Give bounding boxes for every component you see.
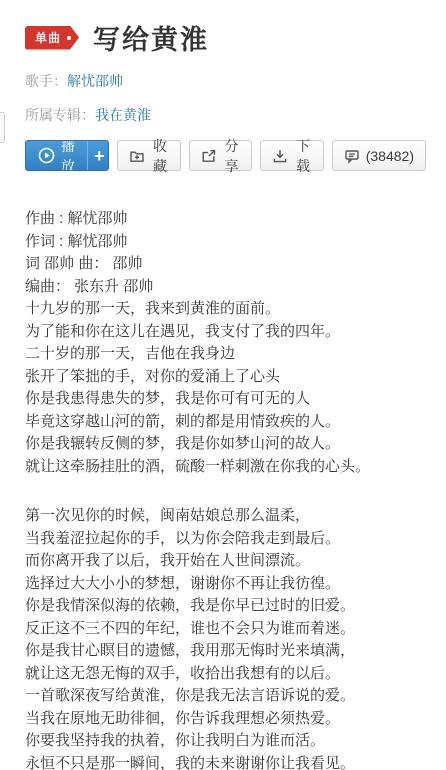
- play-button-group: 播放 +: [25, 140, 109, 171]
- lyric-line: 永恒不只是那一瞬间，我的未来谢谢你让我看见。: [25, 753, 426, 770]
- lyric-line: 第一次见你的时候，闽南姑娘总那么温柔，: [25, 505, 426, 528]
- play-button[interactable]: 播放: [26, 141, 87, 170]
- lyric-line: 就让这无怨无悔的双手，收拾出我想有的以后。: [25, 663, 426, 686]
- share-button[interactable]: 分享: [189, 140, 253, 171]
- favorite-button[interactable]: 收藏: [117, 140, 181, 171]
- artist-row: 歌手：解忧邵帅: [25, 71, 426, 91]
- lyric-line: 反正这不三不四的年纪，谁也不会只为谁而着迷。: [25, 618, 426, 641]
- lyric-line: 选择过大大小小的梦想，谢谢你不再让我彷徨。: [25, 573, 426, 596]
- lyric-line: 二十岁的那一天，吉他在我身边: [25, 343, 426, 366]
- lyric-line: 一首歌深夜写给黄淮，你是我无法言语诉说的爱。: [25, 685, 426, 708]
- speech-bubble-icon: [344, 148, 360, 164]
- lyric-line: 十九岁的那一天，我来到黄淮的面前。: [25, 298, 426, 321]
- lyric-line: 你是我患得患失的梦，我是你可有可无的人: [25, 388, 426, 411]
- single-badge: 单曲: [25, 26, 79, 50]
- lyric-line: 当我羞涩拉起你的手，以为你会陪我走到最后。: [25, 528, 426, 551]
- lyric-line: 张开了笨拙的手，对你的爱涌上了心头: [25, 366, 426, 389]
- artist-label: 歌手：: [25, 73, 67, 89]
- single-badge-label: 单曲: [35, 31, 61, 45]
- lyric-line: 词 邵帅 曲： 邵帅: [25, 253, 426, 276]
- action-toolbar: 播放 + 收藏 分享: [25, 140, 426, 171]
- cropped-button-edge: [0, 112, 5, 143]
- download-button-label: 下载: [294, 136, 312, 176]
- lyric-line: 编曲： 张东升 邵帅: [25, 276, 426, 299]
- lyric-line: 你是我甘心瞑目的遗憾，我用那无悔时光来填满，: [25, 640, 426, 663]
- lyric-line: [25, 478, 426, 505]
- add-to-playlist-button[interactable]: +: [87, 141, 109, 170]
- lyric-line: 你是我辗转反侧的梦，我是你如梦山河的故人。: [25, 433, 426, 456]
- lyric-line: 作曲 : 解忧邵帅: [25, 208, 426, 231]
- download-tray-icon: [272, 148, 288, 164]
- song-header: 单曲 写给黄淮: [25, 18, 426, 57]
- lyric-line: 作词 : 解忧邵帅: [25, 231, 426, 254]
- favorite-button-label: 收藏: [151, 136, 169, 176]
- badge-dot: [67, 36, 71, 40]
- play-button-label: 播放: [61, 140, 75, 171]
- download-button[interactable]: 下载: [260, 140, 324, 171]
- song-page: 单曲 写给黄淮 歌手：解忧邵帅 所属专辑：我在黄淮 播放 +: [0, 0, 446, 770]
- share-arrow-icon: [201, 148, 217, 164]
- lyric-line: 当我在原地无助徘徊，你告诉我理想必须热爱。: [25, 708, 426, 731]
- album-label: 所属专辑：: [25, 107, 95, 123]
- lyric-line: 你要我坚持我的执着，你让我明白为谁而活。: [25, 730, 426, 753]
- lyric-line: 为了能和你在这儿在遇见，我支付了我的四年。: [25, 321, 426, 344]
- artist-link[interactable]: 解忧邵帅: [67, 73, 123, 89]
- play-circle-icon: [38, 147, 55, 164]
- album-link[interactable]: 我在黄淮: [95, 107, 151, 123]
- lyric-line: 你是我情深似海的依赖，我是你早已过时的旧爱。: [25, 595, 426, 618]
- share-button-label: 分享: [223, 136, 241, 176]
- lyric-line: 而你离开我了以后，我开始在人世间漂流。: [25, 550, 426, 573]
- lyrics: 作曲 : 解忧邵帅作词 : 解忧邵帅词 邵帅 曲： 邵帅编曲： 张东升 邵帅十九…: [25, 208, 426, 770]
- page-title: 写给黄淮: [93, 18, 209, 57]
- comments-count-label: (38482): [366, 148, 414, 164]
- lyric-line: 就让这牵肠挂肚的酒，硫酸一样刺激在你我的心头。: [25, 456, 426, 479]
- lyric-line: 毕竟这穿越山河的箭，刺的都是用情致疾的人。: [25, 411, 426, 434]
- folder-add-icon: [129, 148, 145, 164]
- album-row: 所属专辑：我在黄淮: [25, 105, 426, 125]
- comments-button[interactable]: (38482): [332, 140, 426, 171]
